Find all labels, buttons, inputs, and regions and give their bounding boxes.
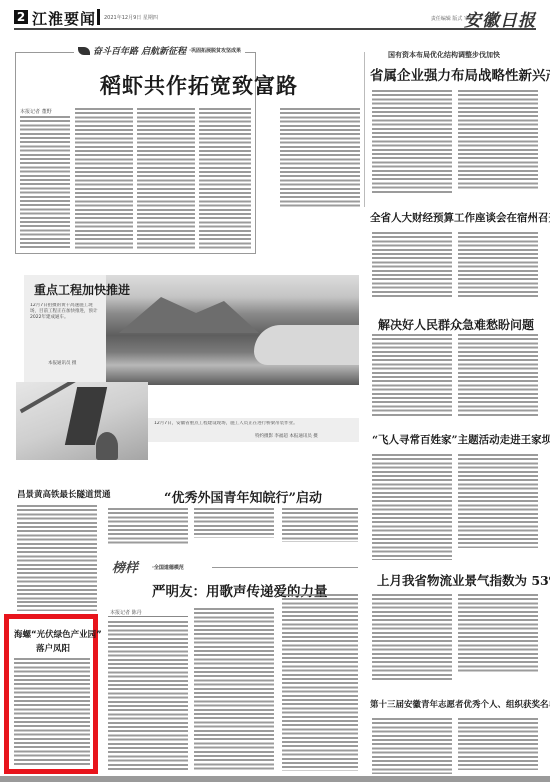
photo-caption-bottom: 12月7日，安徽省重点工程建设现场，施工人员正在进行桥梁吊装作业。 (154, 421, 354, 433)
flying-column-2 (458, 454, 538, 548)
feature-column-3 (137, 108, 195, 249)
tunnel-column (17, 505, 97, 601)
volunteer-column-1 (372, 718, 452, 774)
people-column-2 (458, 334, 538, 418)
feature-column-2 (75, 108, 133, 249)
npc-column-1 (372, 232, 452, 298)
feature-column-4 (199, 108, 251, 249)
flying-headline[interactable]: “飞人寻常百姓家”主题活动走进王家坝 (372, 432, 550, 447)
flag-icon (78, 47, 90, 55)
tunnel-column-continued (17, 601, 97, 611)
section-name: 江淮要闻 (32, 8, 96, 29)
mountain-silhouette (119, 293, 259, 333)
logistics-column-1 (372, 594, 452, 680)
soe-column-1 (372, 90, 452, 194)
soe-headline[interactable]: 省属企业强力布局战略性新兴产业 (370, 64, 550, 84)
flying-column-1 (372, 454, 452, 560)
soe-column-2 (458, 90, 538, 190)
role-model-logo: 榜样 (112, 557, 138, 576)
photo-feature-title: 重点工程加快推进 (34, 281, 130, 298)
logistics-headline[interactable]: 上月我省物流业景气指数为 53% (377, 571, 550, 589)
feature-column-1 (20, 116, 70, 249)
page-bottom-bar (0, 776, 550, 782)
photo-caption-bottom-credit: 特约摄影 李福超 本报通讯员 摄 (255, 434, 318, 440)
river-shape (254, 325, 359, 365)
page-number: 2 (14, 10, 28, 24)
moral-byline-rule (108, 616, 188, 617)
moral-section-rule (212, 567, 358, 568)
moral-byline: 本报记者 陈丹 (110, 609, 142, 616)
photo-caption-left-credit: 本报通讯员 摄 (48, 361, 76, 367)
foreign-youth-column-1 (108, 508, 188, 544)
people-column-1 (372, 334, 452, 418)
highlighted-headline-line2: 落户凤阳 (36, 642, 70, 654)
tunnel-headline[interactable]: 昌景黄高铁最长隧道贯通 (17, 488, 111, 500)
volunteer-column-2 (458, 718, 538, 770)
feature-banner-sub: ·巩固拓展脱贫攻坚成果 (189, 47, 241, 54)
soe-kicker: 国有资本布局优化结构调整步伐加快 (388, 50, 500, 60)
foreign-youth-headline[interactable]: “优秀外国青年知皖行”启动 (164, 487, 322, 506)
page-header: 2 江淮要闻 2021年12月9日 星期四 责任编辑 版式 审校 安徽日报 (14, 4, 536, 30)
moral-section-label: ·全国道德模范 (152, 564, 184, 571)
moral-column-1 (108, 621, 188, 771)
npc-column-2 (458, 232, 538, 298)
npc-headline[interactable]: 全省人大财经预算工作座谈会在宿州召开 (370, 210, 550, 225)
foreign-youth-column-3 (282, 508, 358, 542)
crane-photo[interactable] (16, 382, 148, 460)
highlighted-headline-line1: 海螺“光伏绿色产业园” (14, 628, 102, 640)
feature-headline: 稻虾共作拓宽致富路 (100, 70, 298, 100)
volunteer-headline[interactable]: 第十三届安徽青年志愿者优秀个人、组织获奖名单公布 (370, 698, 550, 710)
logistics-column-2 (458, 594, 538, 674)
feature-banner: 奋斗百年路 启航新征程 ·巩固拓展脱贫攻坚成果 (74, 44, 245, 57)
moral-column-2 (194, 608, 274, 771)
highlighted-article-body (14, 658, 90, 766)
tree-shape (96, 432, 118, 460)
photo-caption-left: 12月7日拍摄的黄千高速施工现场，目前工程正在加快推进，预计2022年建成通车。 (30, 303, 100, 359)
feature-spill-column (280, 108, 360, 208)
feature-byline: 本报记者 董野 (20, 108, 52, 115)
moral-column-3 (282, 594, 358, 771)
people-headline[interactable]: 解决好人民群众急难愁盼问题 (378, 316, 534, 333)
newspaper-masthead: 安徽日报 (464, 6, 536, 31)
feature-banner-title: 奋斗百年路 启航新征程 (93, 44, 186, 57)
section-divider (97, 9, 100, 25)
moral-section-header: 榜样 ·全国道德模范 (112, 555, 358, 579)
foreign-youth-column-2 (194, 508, 274, 538)
column-divider (364, 52, 365, 207)
issue-date: 2021年12月9日 星期四 (104, 14, 158, 21)
